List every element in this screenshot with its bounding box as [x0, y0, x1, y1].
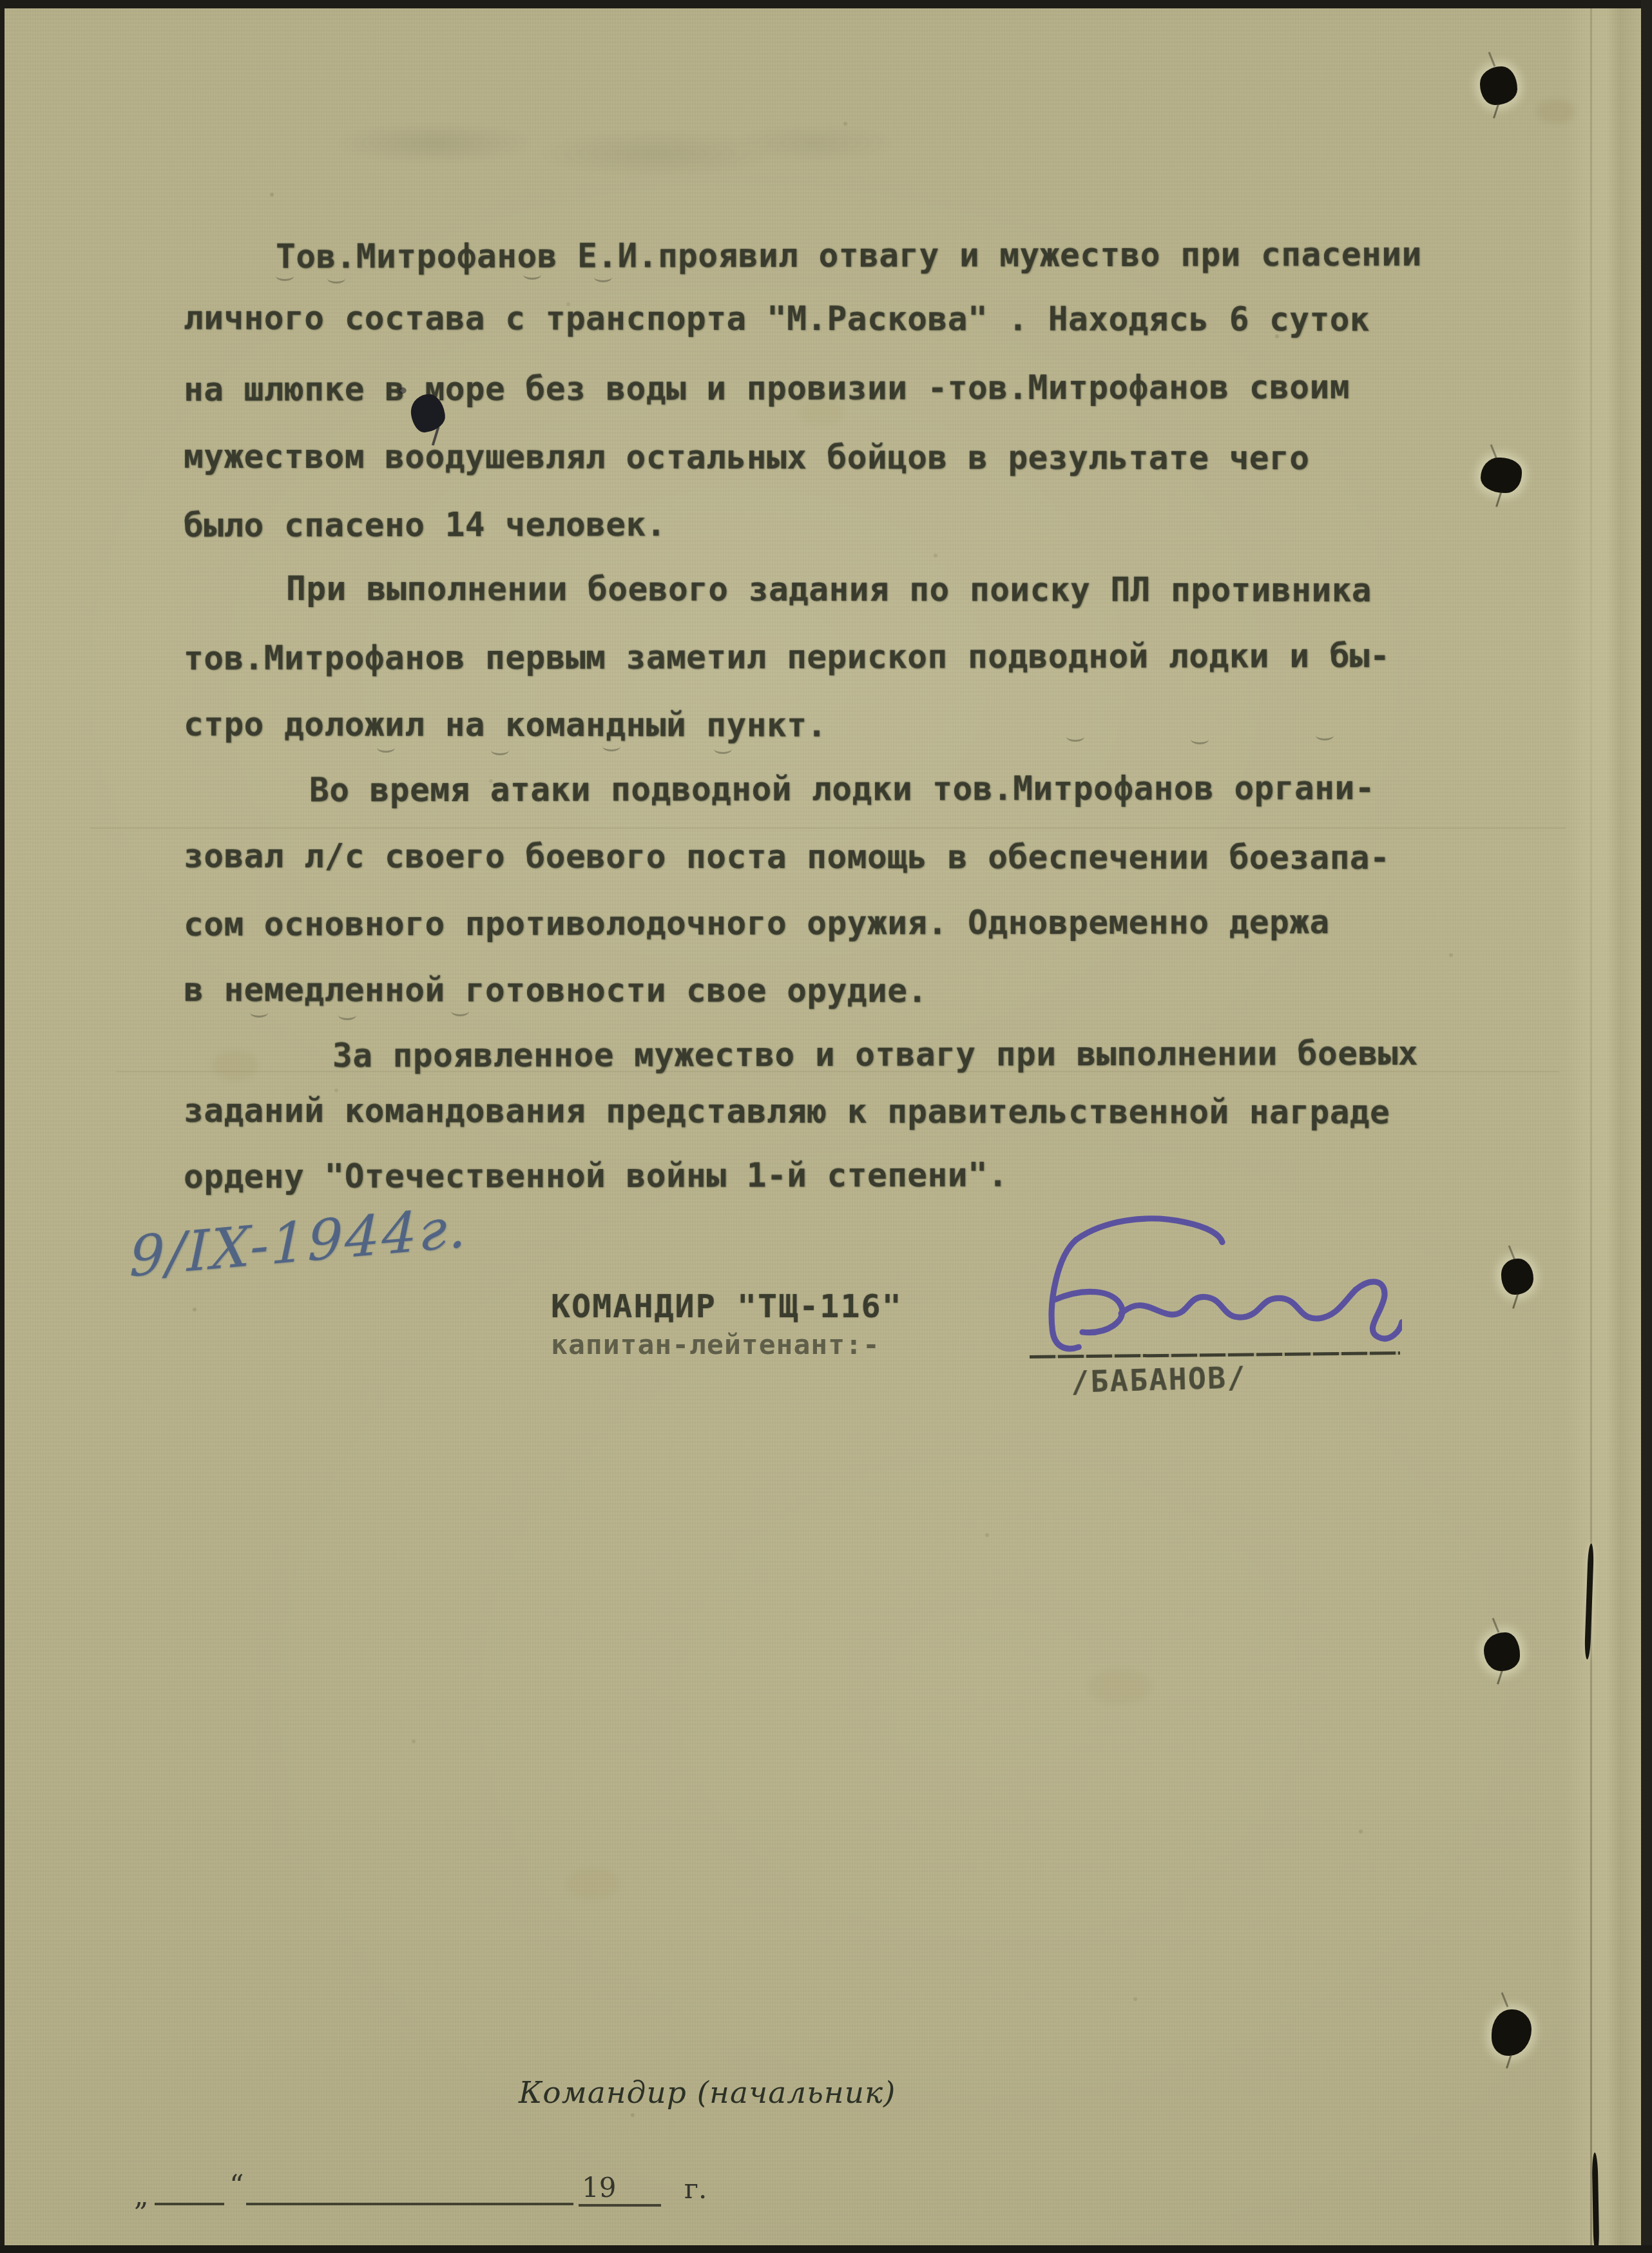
- fold-band: [1564, 0, 1642, 2253]
- form-blank-line: [155, 2203, 224, 2205]
- citation-line: было спасено 14 человек.: [184, 508, 666, 543]
- horizontal-crease: [116, 1071, 1559, 1072]
- citation-line: Тов.Митрофанов Е.И.проявил отвагу и муже…: [184, 238, 1422, 274]
- citation-line: тов.Митрофанов первым заметил перископ п…: [184, 640, 1390, 675]
- scan-edge: [1641, 0, 1652, 2253]
- impression-mark: [523, 269, 541, 280]
- citation-line: заданий командования представляю к прави…: [184, 1095, 1390, 1130]
- impression-mark: [250, 1007, 268, 1018]
- impression-mark: [1191, 734, 1209, 744]
- commander-title: КОМАНДИР "ТЩ-116": [551, 1288, 903, 1325]
- citation-line: мужеством воодушевлял остальных бойцов в…: [184, 441, 1310, 475]
- scan-edge: [0, 0, 5, 2253]
- age-spot: [567, 1869, 619, 1899]
- commander-rank: капитан-лейтенант:-: [551, 1329, 880, 1361]
- handwritten-date: 9/IX-1944г.: [129, 1195, 468, 1290]
- form-blank-line: [579, 2204, 661, 2207]
- typed-surname: /БАБАНОВ/: [1070, 1360, 1247, 1400]
- paper-hole: [1481, 458, 1522, 493]
- fold-crease: [1590, 0, 1592, 2253]
- citation-line: личного состава с транспорта "М.Раскова"…: [184, 302, 1370, 337]
- form-close-quote: “: [229, 2169, 244, 2202]
- paper-hole: [1492, 2009, 1532, 2056]
- scan-edge: [0, 0, 1652, 8]
- form-year-suffix: г.: [684, 2173, 707, 2205]
- citation-line: зовал л/с своего боевого поста помощь в …: [184, 840, 1390, 875]
- horizontal-crease: [90, 827, 1566, 829]
- form-year: 19: [582, 2172, 616, 2203]
- impression-mark: [491, 745, 509, 755]
- document-page: Тов.Митрофанов Е.И.проявил отвагу и муже…: [0, 0, 1652, 2253]
- impression-mark: [594, 272, 612, 282]
- impression-mark: [1066, 731, 1084, 742]
- paper-hole: [1480, 66, 1517, 105]
- paper-hole: [1501, 1259, 1533, 1295]
- scan-edge: [0, 2245, 1652, 2253]
- citation-line: стро доложил на командный пункт.: [184, 708, 827, 742]
- citation-line: в немедленной готовности свое орудие.: [184, 974, 928, 1008]
- impression-mark: [276, 271, 294, 281]
- impression-mark: [602, 741, 620, 751]
- impression-mark: [1316, 730, 1334, 740]
- citation-line: ордену "Отечественной войны 1-й степени"…: [184, 1159, 1008, 1194]
- impression-mark: [327, 273, 345, 284]
- paper-hole: [1484, 1632, 1520, 1671]
- citation-line: За проявленное мужество и отвагу при вып…: [184, 1038, 1418, 1073]
- footer-role-label: Командир (начальник): [519, 2075, 896, 2111]
- citation-line: сом основного противолодочного оружия. О…: [184, 906, 1330, 942]
- impression-mark: [714, 744, 732, 754]
- signature-babanov: [1003, 1206, 1402, 1358]
- age-spot: [1089, 1669, 1151, 1704]
- impression-mark: [338, 1010, 356, 1020]
- citation-line: При выполнении боевого задания по поиску…: [184, 573, 1372, 608]
- form-open-quote: „: [134, 2180, 149, 2212]
- citation-line: на шлюпке в море без воды и провизии -то…: [184, 371, 1350, 407]
- citation-line: Во время атаки подводной лодки тов.Митро…: [184, 772, 1375, 807]
- form-blank-line: [246, 2203, 573, 2205]
- impression-mark: [377, 742, 395, 753]
- impression-mark: [451, 1006, 469, 1016]
- ghost-offset-print: [277, 97, 908, 200]
